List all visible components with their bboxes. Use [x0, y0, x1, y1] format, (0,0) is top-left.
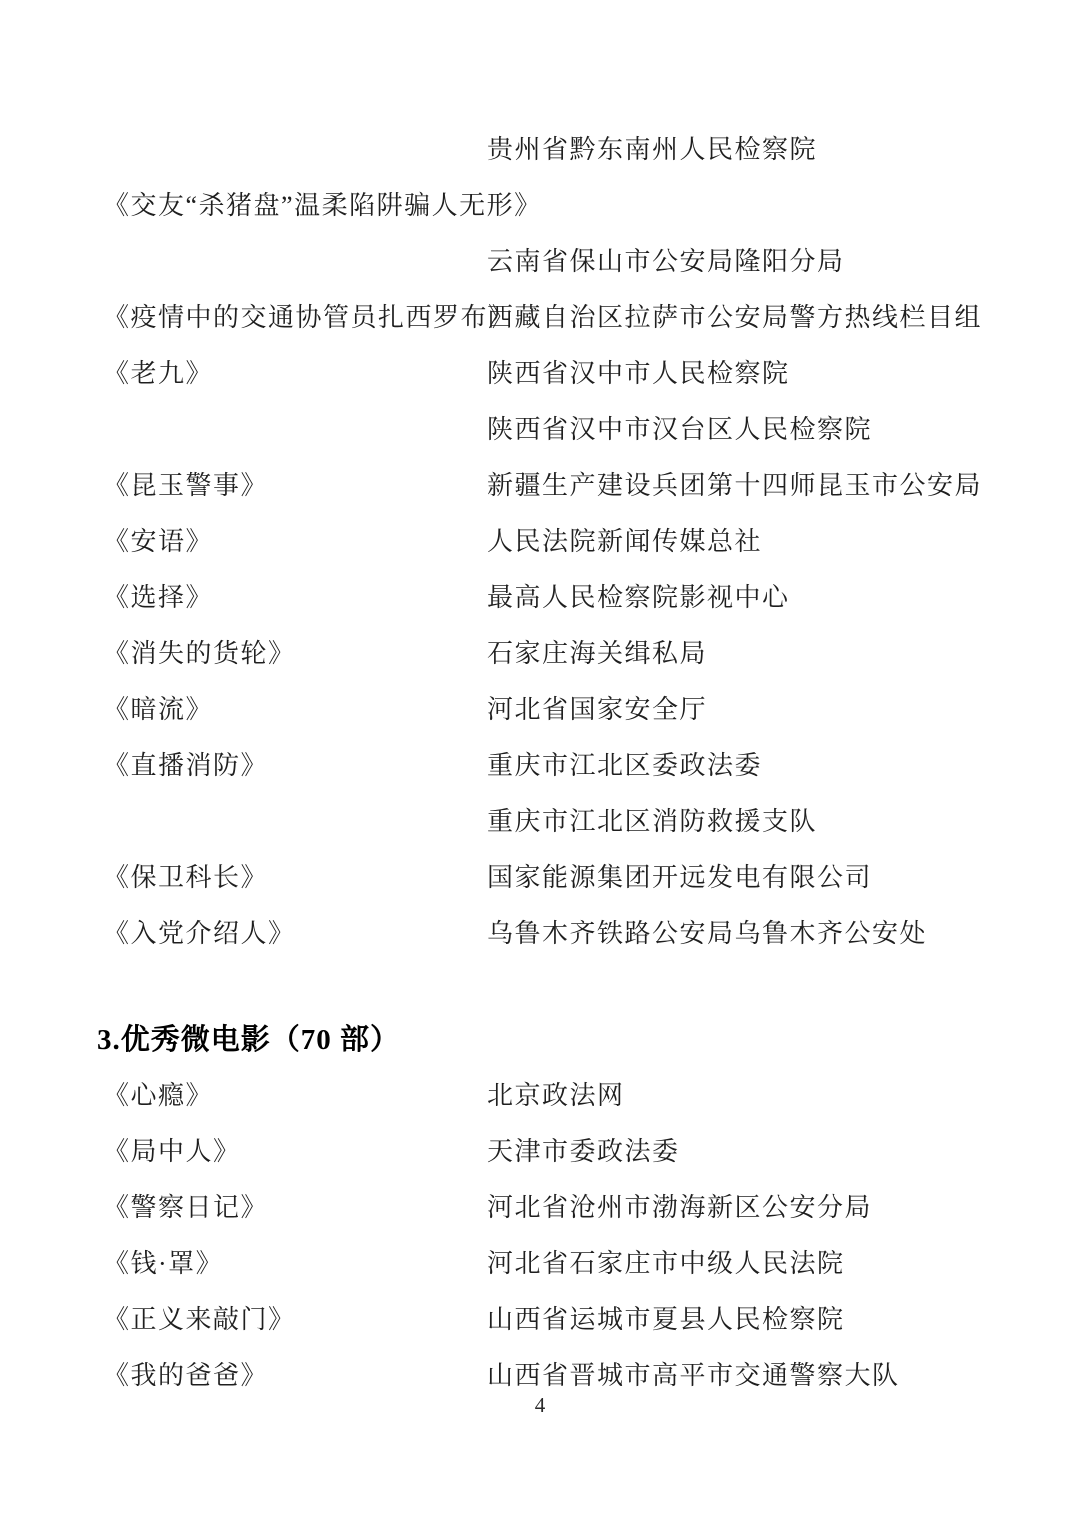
work-title: 《疫情中的交通协管员扎西罗布》 [103, 290, 516, 346]
work-title: 《保卫科长》 [103, 850, 268, 906]
credit-org: 陕西省汉中市汉台区人民检察院 [487, 402, 872, 458]
work-title: 《正义来敲门》 [103, 1292, 296, 1348]
award-entry-row: 《入党介绍人》 乌鲁木齐铁路公安局乌鲁木齐公安处 [0, 906, 1080, 962]
work-title: 《局中人》 [103, 1124, 241, 1180]
award-entry-row: 陕西省汉中市汉台区人民检察院 [0, 402, 1080, 458]
award-entry-row: 《昆玉警事》 新疆生产建设兵团第十四师昆玉市公安局 [0, 458, 1080, 514]
award-entry-row: 《直播消防》 重庆市江北区委政法委 [0, 738, 1080, 794]
work-title: 《老九》 [103, 346, 213, 402]
page-content: 贵州省黔东南州人民检察院 《交友“杀猪盘”温柔陷阱骗人无形》 云南省保山市公安局… [0, 122, 1080, 1404]
section-heading-row: 3.优秀微电影（70 部） [0, 1012, 1080, 1068]
credit-org: 河北省沧州市渤海新区公安分局 [487, 1180, 872, 1236]
credit-org: 重庆市江北区委政法委 [487, 738, 762, 794]
work-title: 《交友“杀猪盘”温柔陷阱骗人无形》 [103, 178, 542, 234]
work-title: 《入党介绍人》 [103, 906, 296, 962]
credit-org: 河北省国家安全厅 [487, 682, 707, 738]
award-entry-row: 《警察日记》 河北省沧州市渤海新区公安分局 [0, 1180, 1080, 1236]
section-heading: 3.优秀微电影（70 部） [97, 1012, 400, 1068]
award-entry-row: 《疫情中的交通协管员扎西罗布》 西藏自治区拉萨市公安局警方热线栏目组 [0, 290, 1080, 346]
credit-org: 北京政法网 [487, 1068, 625, 1124]
award-entry-row: 《选择》 最高人民检察院影视中心 [0, 570, 1080, 626]
credit-org: 国家能源集团开远发电有限公司 [487, 850, 872, 906]
award-entry-row: 《局中人》 天津市委政法委 [0, 1124, 1080, 1180]
work-title: 《暗流》 [103, 682, 213, 738]
award-entry-row: 贵州省黔东南州人民检察院 [0, 122, 1080, 178]
document-page: 贵州省黔东南州人民检察院 《交友“杀猪盘”温柔陷阱骗人无形》 云南省保山市公安局… [0, 0, 1080, 1527]
award-entry-row: 重庆市江北区消防救援支队 [0, 794, 1080, 850]
credit-org: 西藏自治区拉萨市公安局警方热线栏目组 [487, 290, 982, 346]
credit-org: 河北省石家庄市中级人民法院 [487, 1236, 845, 1292]
credit-org: 人民法院新闻传媒总社 [487, 514, 762, 570]
credit-org: 天津市委政法委 [487, 1124, 680, 1180]
credit-org: 贵州省黔东南州人民检察院 [487, 122, 817, 178]
work-title: 《直播消防》 [103, 738, 268, 794]
work-title: 《心瘾》 [103, 1068, 213, 1124]
award-entry-row: 《保卫科长》 国家能源集团开远发电有限公司 [0, 850, 1080, 906]
credit-org: 最高人民检察院影视中心 [487, 570, 790, 626]
award-entry-row: 《交友“杀猪盘”温柔陷阱骗人无形》 [0, 178, 1080, 234]
credit-org: 石家庄海关缉私局 [487, 626, 707, 682]
award-entry-row: 《安语》 人民法院新闻传媒总社 [0, 514, 1080, 570]
section-gap [0, 962, 1080, 1012]
work-title: 《消失的货轮》 [103, 626, 296, 682]
award-entry-row: 《老九》 陕西省汉中市人民检察院 [0, 346, 1080, 402]
credit-org: 重庆市江北区消防救援支队 [487, 794, 817, 850]
credit-org: 陕西省汉中市人民检察院 [487, 346, 790, 402]
work-title: 《钱·罩》 [103, 1236, 223, 1292]
award-entry-row: 《心瘾》 北京政法网 [0, 1068, 1080, 1124]
award-entry-row: 《暗流》 河北省国家安全厅 [0, 682, 1080, 738]
award-entry-row: 《消失的货轮》 石家庄海关缉私局 [0, 626, 1080, 682]
work-title: 《安语》 [103, 514, 213, 570]
work-title: 《选择》 [103, 570, 213, 626]
credit-org: 乌鲁木齐铁路公安局乌鲁木齐公安处 [487, 906, 927, 962]
credit-org: 云南省保山市公安局隆阳分局 [487, 234, 845, 290]
work-title: 《警察日记》 [103, 1180, 268, 1236]
award-entry-row: 《正义来敲门》 山西省运城市夏县人民检察院 [0, 1292, 1080, 1348]
work-title: 《昆玉警事》 [103, 458, 268, 514]
credit-org: 新疆生产建设兵团第十四师昆玉市公安局 [487, 458, 982, 514]
credit-org: 山西省运城市夏县人民检察院 [487, 1292, 845, 1348]
award-entry-row: 《钱·罩》 河北省石家庄市中级人民法院 [0, 1236, 1080, 1292]
page-number: 4 [0, 1392, 1080, 1418]
award-entry-row: 云南省保山市公安局隆阳分局 [0, 234, 1080, 290]
